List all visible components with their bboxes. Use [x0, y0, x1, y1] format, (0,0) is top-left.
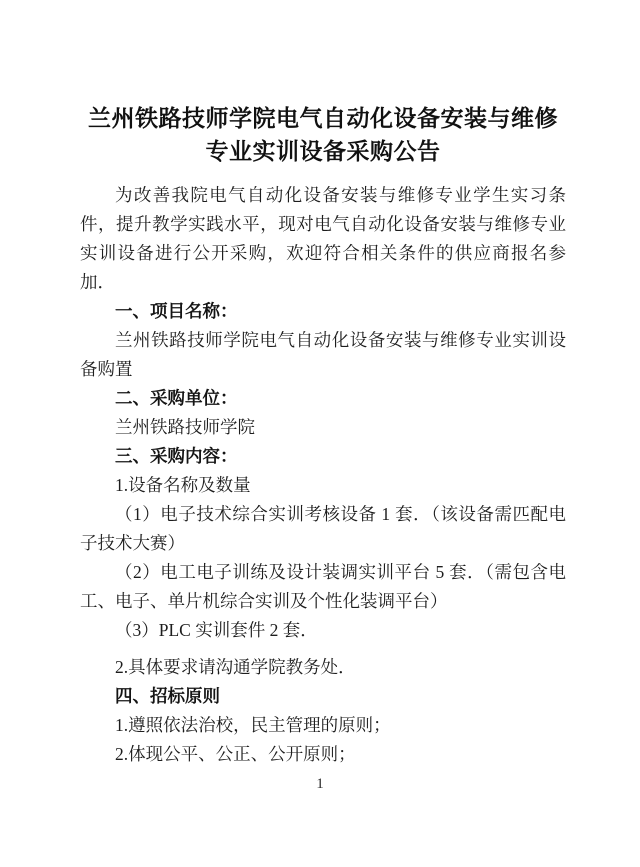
equipment-item-1: （1）电子技术综合实训考核设备 1 套．（该设备需匹配电子技术大赛）: [80, 500, 566, 558]
document-title-line-2: 专业实训设备采购公告: [80, 135, 566, 168]
equipment-item-3: （3）PLC 实训套件 2 套．: [80, 616, 566, 645]
equipment-list-title: 1.设备名称及数量: [80, 471, 566, 500]
bidding-principle-1: 1.遵照依法治校，民主管理的原则；: [80, 711, 566, 740]
document-content: 兰州铁路技师学院电气自动化设备安装与维修 专业实训设备采购公告 为改善我院电气自…: [80, 0, 566, 769]
section-heading-purchasing-unit: 二、采购单位：: [80, 384, 566, 413]
requirements-note: 2.具体要求请沟通学院教务处．: [80, 653, 566, 682]
document-body: 为改善我院电气自动化设备安装与维修专业学生实习条件，提升教学实践水平，现对电气自…: [80, 181, 566, 769]
page-number: 1: [0, 776, 640, 793]
purchasing-unit-paragraph: 兰州铁路技师学院: [80, 413, 566, 442]
document-page: 兰州铁路技师学院电气自动化设备安装与维修 专业实训设备采购公告 为改善我院电气自…: [0, 0, 640, 867]
intro-paragraph: 为改善我院电气自动化设备安装与维修专业学生实习条件，提升教学实践水平，现对电气自…: [80, 181, 566, 297]
section-heading-project-name: 一、项目名称：: [80, 297, 566, 326]
bidding-principle-2: 2.体现公平、公正、公开原则；: [80, 740, 566, 769]
document-title-line-1: 兰州铁路技师学院电气自动化设备安装与维修: [80, 102, 566, 135]
equipment-item-2: （2）电工电子训练及设计装调实训平台 5 套．（需包含电工、电子、单片机综合实训…: [80, 558, 566, 616]
project-name-paragraph: 兰州铁路技师学院电气自动化设备安装与维修专业实训设备购置: [80, 326, 566, 384]
document-title: 兰州铁路技师学院电气自动化设备安装与维修 专业实训设备采购公告: [80, 102, 566, 168]
section-heading-purchase-content: 三、采购内容：: [80, 442, 566, 471]
section-heading-bidding-principles: 四、招标原则: [80, 682, 566, 711]
